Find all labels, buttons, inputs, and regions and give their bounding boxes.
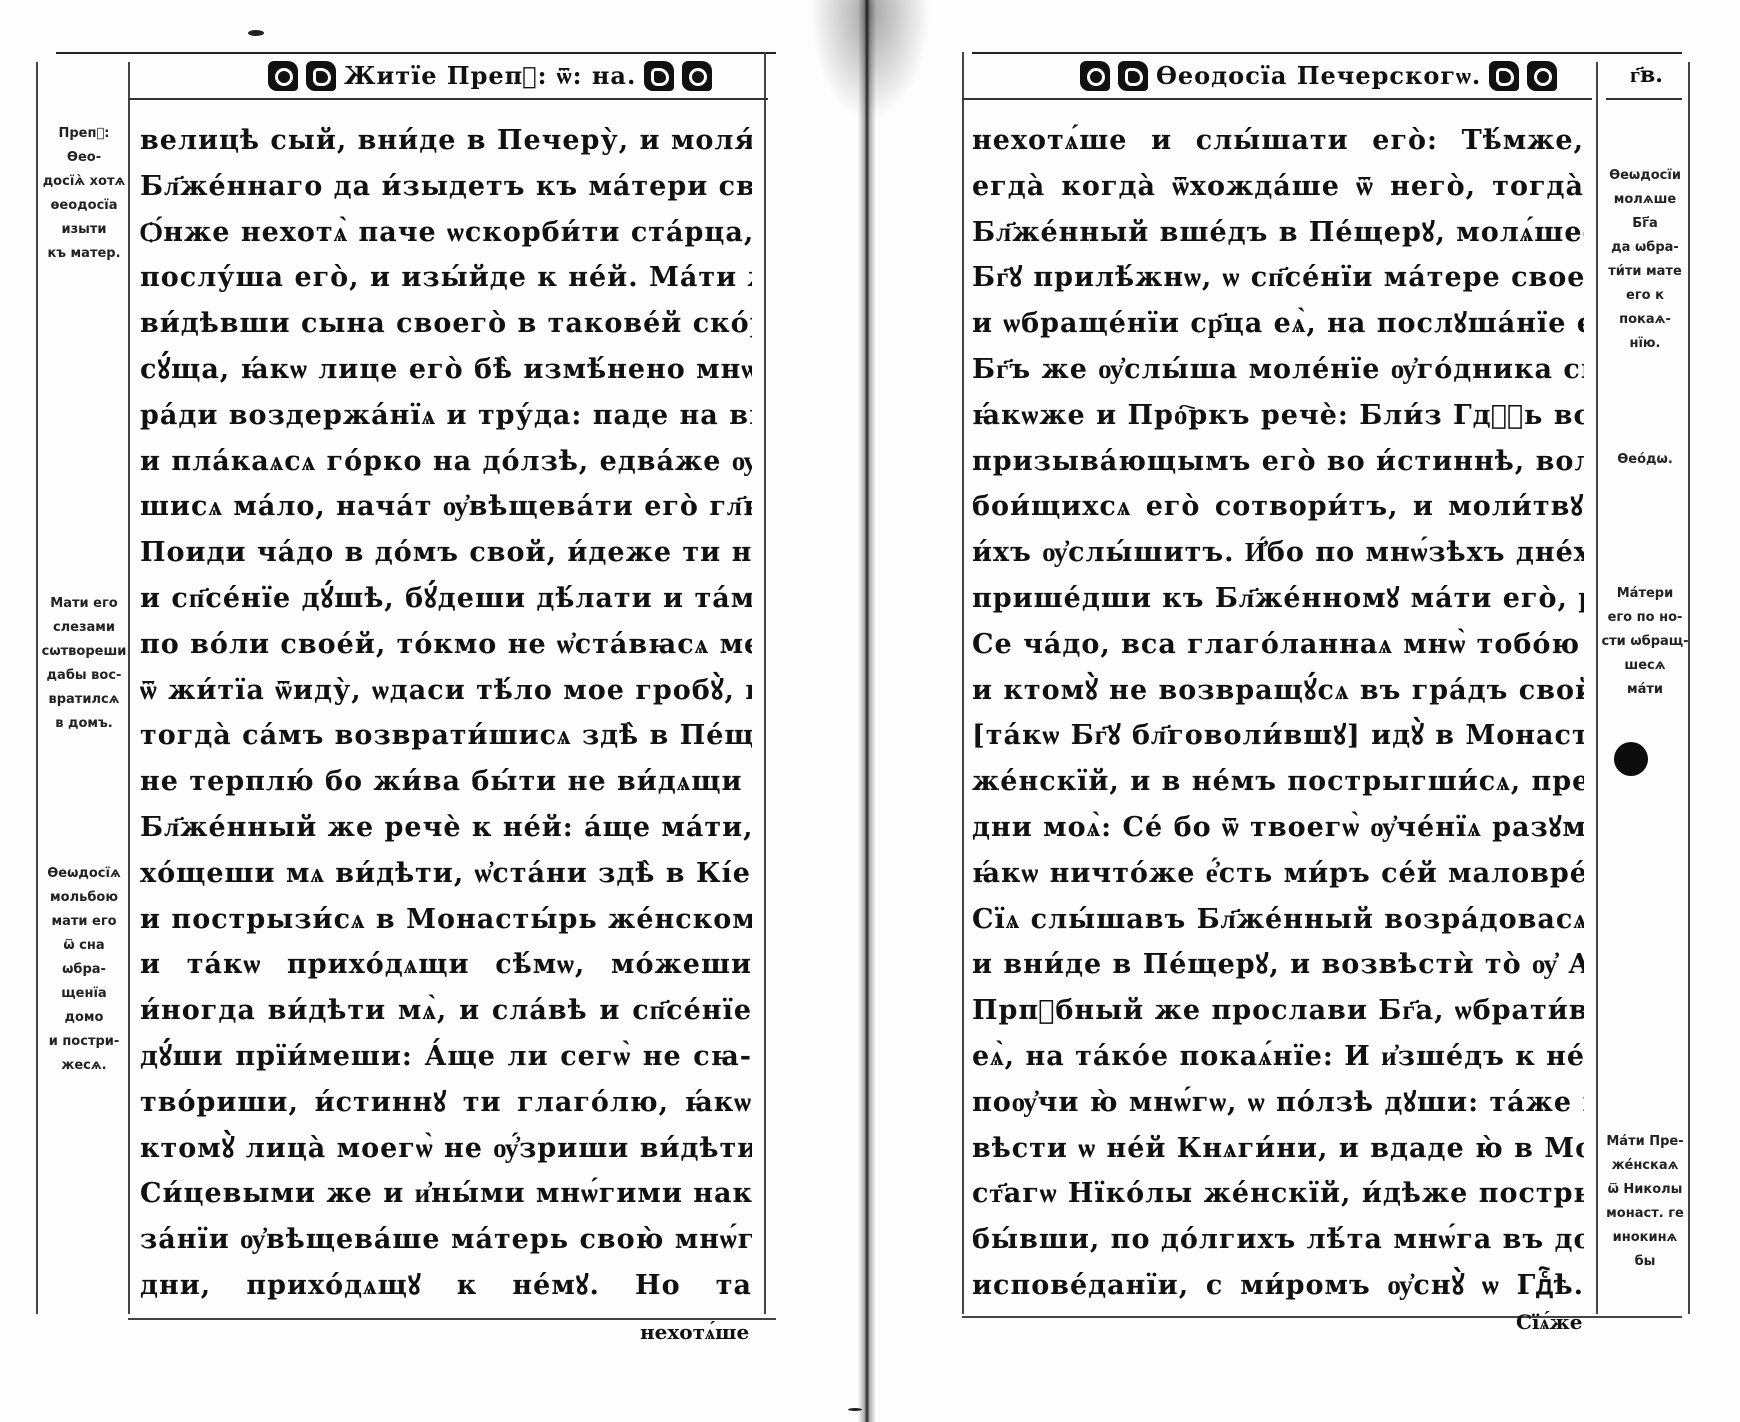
text-line: ꙗ́кѡже и Про҇ркъ речѐ: Бли́з Гдⷭ҇ь всѣ́м… bbox=[972, 393, 1584, 439]
margin-note: Ма́ти Пре- же́нскаѧ ѿ Николы монаст. ге … bbox=[1600, 1130, 1690, 1274]
top-rule bbox=[56, 52, 776, 54]
text-line: и пла́каѧсѧ го́рко на до́лзѣ, едва́же ѹ҆… bbox=[140, 439, 752, 485]
ink-speck bbox=[248, 30, 264, 36]
text-line: и́ногда ви́дѣти мѧ̀, и сла́вѣ и сп҃се́нї… bbox=[140, 988, 752, 1034]
text-line: и́хъ ѹ҆слы́шитъ. И҆́бо по мнѡ́зѣхъ дне́х… bbox=[972, 530, 1584, 576]
book-spread: Житїе Препⷣ: ѿ: на. Препⷣ: Ѳео- досїѧ̀ х… bbox=[0, 0, 1740, 1422]
text-line: и ктомꙋ̀ не возвращꙋ́сѧ въ гра́дъ свой, … bbox=[972, 668, 1584, 714]
text-line: и вни́де в Пе́щерꙋ, и возвѣстѝ то̀ ѹ҆ Ан… bbox=[972, 942, 1584, 988]
head-rule bbox=[962, 98, 1592, 100]
inner-frame-line bbox=[764, 52, 766, 1314]
ornament-icon bbox=[1489, 61, 1519, 91]
ink-speck bbox=[848, 1408, 862, 1411]
ornament-icon bbox=[306, 61, 336, 91]
text-line: Бг҃ъ же ѹ҆слы́ша моле́нїе ѹ҆го́дника сво… bbox=[972, 347, 1584, 393]
text-line: еѧ̀, на та́ко́е покаѧ́нїе: И и҆зше́дъ к … bbox=[972, 1034, 1584, 1080]
margin-divider-line bbox=[128, 62, 130, 1314]
text-line: по во́ли свое́й, то́кмо не ѡ҆ста́вꙗсѧ ме… bbox=[140, 622, 752, 668]
outer-frame-line bbox=[36, 62, 38, 1314]
ornament-icon bbox=[1527, 61, 1557, 91]
top-rule bbox=[972, 52, 1682, 54]
text-line: бои́щихсѧ его̀ сотвори́тъ, и моли́твꙋ bbox=[972, 484, 1584, 530]
ornament-icon bbox=[1080, 61, 1110, 91]
ornament-icon bbox=[682, 61, 712, 91]
book-gutter bbox=[858, 0, 876, 1422]
text-line: сꙋ́ща, ꙗ́кѡ лице его̀ бѣ̀ измѣ́нено мнѡ́… bbox=[140, 347, 752, 393]
text-line: и пострызи́сѧ в Монасты́рь же́нскомъ, bbox=[140, 897, 752, 943]
text-line: Ѻ́нже нехотѧ̀ паче ѡскорби́ти ста́рца, bbox=[140, 210, 752, 256]
text-line: [та́кѡ Бг҃ꙋ бл҃говоли́вшꙋ] идꙋ̀ в Монаст… bbox=[972, 713, 1584, 759]
text-line: послу́ша его̀, и изы́йде к не́й. Ма́ти ж… bbox=[140, 255, 752, 301]
text-line: дни, прихо́дѧщꙋ к не́мꙋ. Но та bbox=[140, 1263, 752, 1309]
folio-number: г҃в. bbox=[1630, 62, 1663, 88]
text-line: за́нїи ѹ҆вѣщева́ше ма́терь свою̀ мнѡ́ги bbox=[140, 1217, 752, 1263]
text-line: Прпⷣбный же прослави Бг҃а, ѡбрати́вшагѡ … bbox=[972, 988, 1584, 1034]
text-line: егда̀ когда̀ ѿхожда́ше ѿ него̀, тогда̀ bbox=[972, 164, 1584, 210]
running-head-title: Житїе Препⷣ: ѿ: на. bbox=[344, 61, 636, 91]
catchword: нехотѧ́ше bbox=[640, 1320, 749, 1345]
text-line: не терплю́ бо жи́ва бы́ти не ви́дѧщи теб… bbox=[140, 759, 752, 805]
text-line: велицѣ сый, вни́де в Печеру̀, и моля́ше bbox=[140, 118, 752, 164]
text-line: Поиди ча́до в до́мъ свой, и́деже ти на п… bbox=[140, 530, 752, 576]
inner-frame-line bbox=[962, 52, 964, 1314]
running-head: Житїе Препⷣ: ѿ: на. bbox=[268, 56, 712, 96]
text-line: Бл҃же́ннаго да и́зыдетъ къ ма́тери свое́… bbox=[140, 164, 752, 210]
text-line: ктомꙋ̀ лица̀ моегѡ̀ не ѹ҆́зриши ви́дѣти. bbox=[140, 1126, 752, 1172]
text-line: Сїѧ слы́шавъ Бл҃же́нный возра́довасѧ дꙋ́… bbox=[972, 897, 1584, 943]
margin-note: Ма́тери его по но- сти ѡбращ- шесѧ ма́ти bbox=[1600, 582, 1690, 702]
text-line: Се ча́до, вса глаго́ланнаѧ мнѡ̀ тобо́ю с… bbox=[972, 622, 1584, 668]
ornament-icon bbox=[1118, 61, 1148, 91]
text-line: тво́риши, и́стиннꙋ ти глаго́лю, ꙗ́кѡ bbox=[140, 1080, 752, 1126]
margin-note: Ѳеѡдосїѧ мольбою мати его ѿ сна ѡбра- ще… bbox=[40, 862, 128, 1078]
text-line: ра́ди воздержа́нїѧ и тру́да: паде на вы́… bbox=[140, 393, 752, 439]
margin-divider-line bbox=[1596, 62, 1598, 1314]
ink-blot bbox=[1614, 742, 1648, 776]
ornament-icon bbox=[268, 61, 298, 91]
catchword: Сїѧ́же bbox=[1516, 1310, 1582, 1335]
ornament-icon bbox=[644, 61, 674, 91]
running-head-title: Ѳеодосїа Печерскогѡ. bbox=[1156, 61, 1481, 91]
text-line: и сп҃се́нїе дꙋ́шѣ, бꙋ́деши дѣ́лати и та́… bbox=[140, 576, 752, 622]
right-text-block: нехотѧ́ше и слы́шати его̀: Тѣ́мже, егда̀… bbox=[972, 118, 1584, 1309]
text-line: и ѡбраще́нїи ср҃ца еѧ̀, на послꙋша́нїе е… bbox=[972, 301, 1584, 347]
running-head: Ѳеодосїа Печерскогѡ. bbox=[1080, 56, 1557, 96]
text-line: бы́вши, по до́лгихъ лѣ́та мнѡ́га въ добр… bbox=[972, 1217, 1584, 1263]
folio-rule bbox=[1606, 98, 1682, 100]
text-line: шисѧ ма́ло, нача́т ѹ҆вѣщева́ти его̀ гл҃ю… bbox=[140, 484, 752, 530]
text-line: Бл҃же́нный вше́дъ в Пе́щерꙋ, молѧ́шесѧ bbox=[972, 210, 1584, 256]
text-line: ст҃агѡ Нїко́лы же́нскїй, и́дѣже пострыже… bbox=[972, 1171, 1584, 1217]
margin-note: Препⷣ: Ѳео- досїѧ̀ хотѧ ѳеодосїа изыти к… bbox=[40, 122, 128, 266]
text-line: ѿ жи́тїа ѿиду̀, ѡдаси тѣ́ло мое гробꙋ̀, … bbox=[140, 668, 752, 714]
right-page: Ѳеодосїа Печерскогѡ. г҃в. Ѳеѡдосїи молѧш… bbox=[962, 52, 1692, 1314]
text-line: хо́щеши мѧ ви́дѣти, ѡ҆ста́ни здѣ̀ в Кі́е… bbox=[140, 851, 752, 897]
text-line: же́нскїй, и в не́мъ пострыгши́сѧ, пребꙋ́… bbox=[972, 759, 1584, 805]
head-rule bbox=[128, 98, 768, 100]
text-line: Бл҃же́нный же речѐ к не́й: а́ще ма́ти, а… bbox=[140, 805, 752, 851]
text-line: призыва́ющымъ его̀ во и́стиннѣ, волю bbox=[972, 439, 1584, 485]
text-line: ꙗ́кѡ ничто́же е҆́сть ми́ръ се́й маловре́… bbox=[972, 851, 1584, 897]
left-page: Житїе Препⷣ: ѿ: на. Препⷣ: Ѳео- досїѧ̀ х… bbox=[36, 52, 786, 1314]
text-line: поѹ҆чи ю̀ мнѡ́гѡ, ѡ по́лзѣ дꙋши: та́же в… bbox=[972, 1080, 1584, 1126]
text-line: вѣсти ѡ не́й Кнѧги́ни, и вдаде ю̀ в Мона… bbox=[972, 1126, 1584, 1172]
text-line: Си́цевыми же и и҆ны́ми мнѡ́гими нака- bbox=[140, 1171, 752, 1217]
margin-note: Мати его слезами сѡтвореши дабы вос- вра… bbox=[40, 592, 128, 736]
text-line: дни моѧ̀: Се́ бо ѿ твоегѡ̀ ѹ҆че́нїѧ разꙋ… bbox=[972, 805, 1584, 851]
text-line: прише́дши къ Бл҃же́нномꙋ ма́ти его̀, реч… bbox=[972, 576, 1584, 622]
text-line: испове́данїи, с ми́ромъ ѹ҆снꙋ̀ ѡ Гдⷭ҇ѣ. bbox=[972, 1263, 1584, 1309]
margin-note: Ѳеѡдосїи молѧше Бг҃а да ѡбра- ти́ти мате… bbox=[1600, 164, 1690, 356]
text-line: Бг҃ꙋ прилѣ́жнѡ, ѡ сп҃се́нїи ма́тере свое… bbox=[972, 255, 1584, 301]
text-line: дꙋ́ши прїи́меши: А́ще ли сегѡ̀ не сꙗ- bbox=[140, 1034, 752, 1080]
text-line: тогда̀ са́мъ возврати́шисѧ здѣ̀ в Пе́щер… bbox=[140, 713, 752, 759]
text-line: ви́дѣвши сына своего̀ в такове́й ско́рби bbox=[140, 301, 752, 347]
margin-note: Ѳео́дѡ. bbox=[1600, 448, 1690, 472]
text-line: нехотѧ́ше и слы́шати его̀: Тѣ́мже, bbox=[972, 118, 1584, 164]
text-line: и та́кѡ прихо́дѧщи сѣ́мѡ, мо́жеши bbox=[140, 942, 752, 988]
left-text-block: велицѣ сый, вни́де в Печеру̀, и моля́ше … bbox=[140, 118, 752, 1309]
